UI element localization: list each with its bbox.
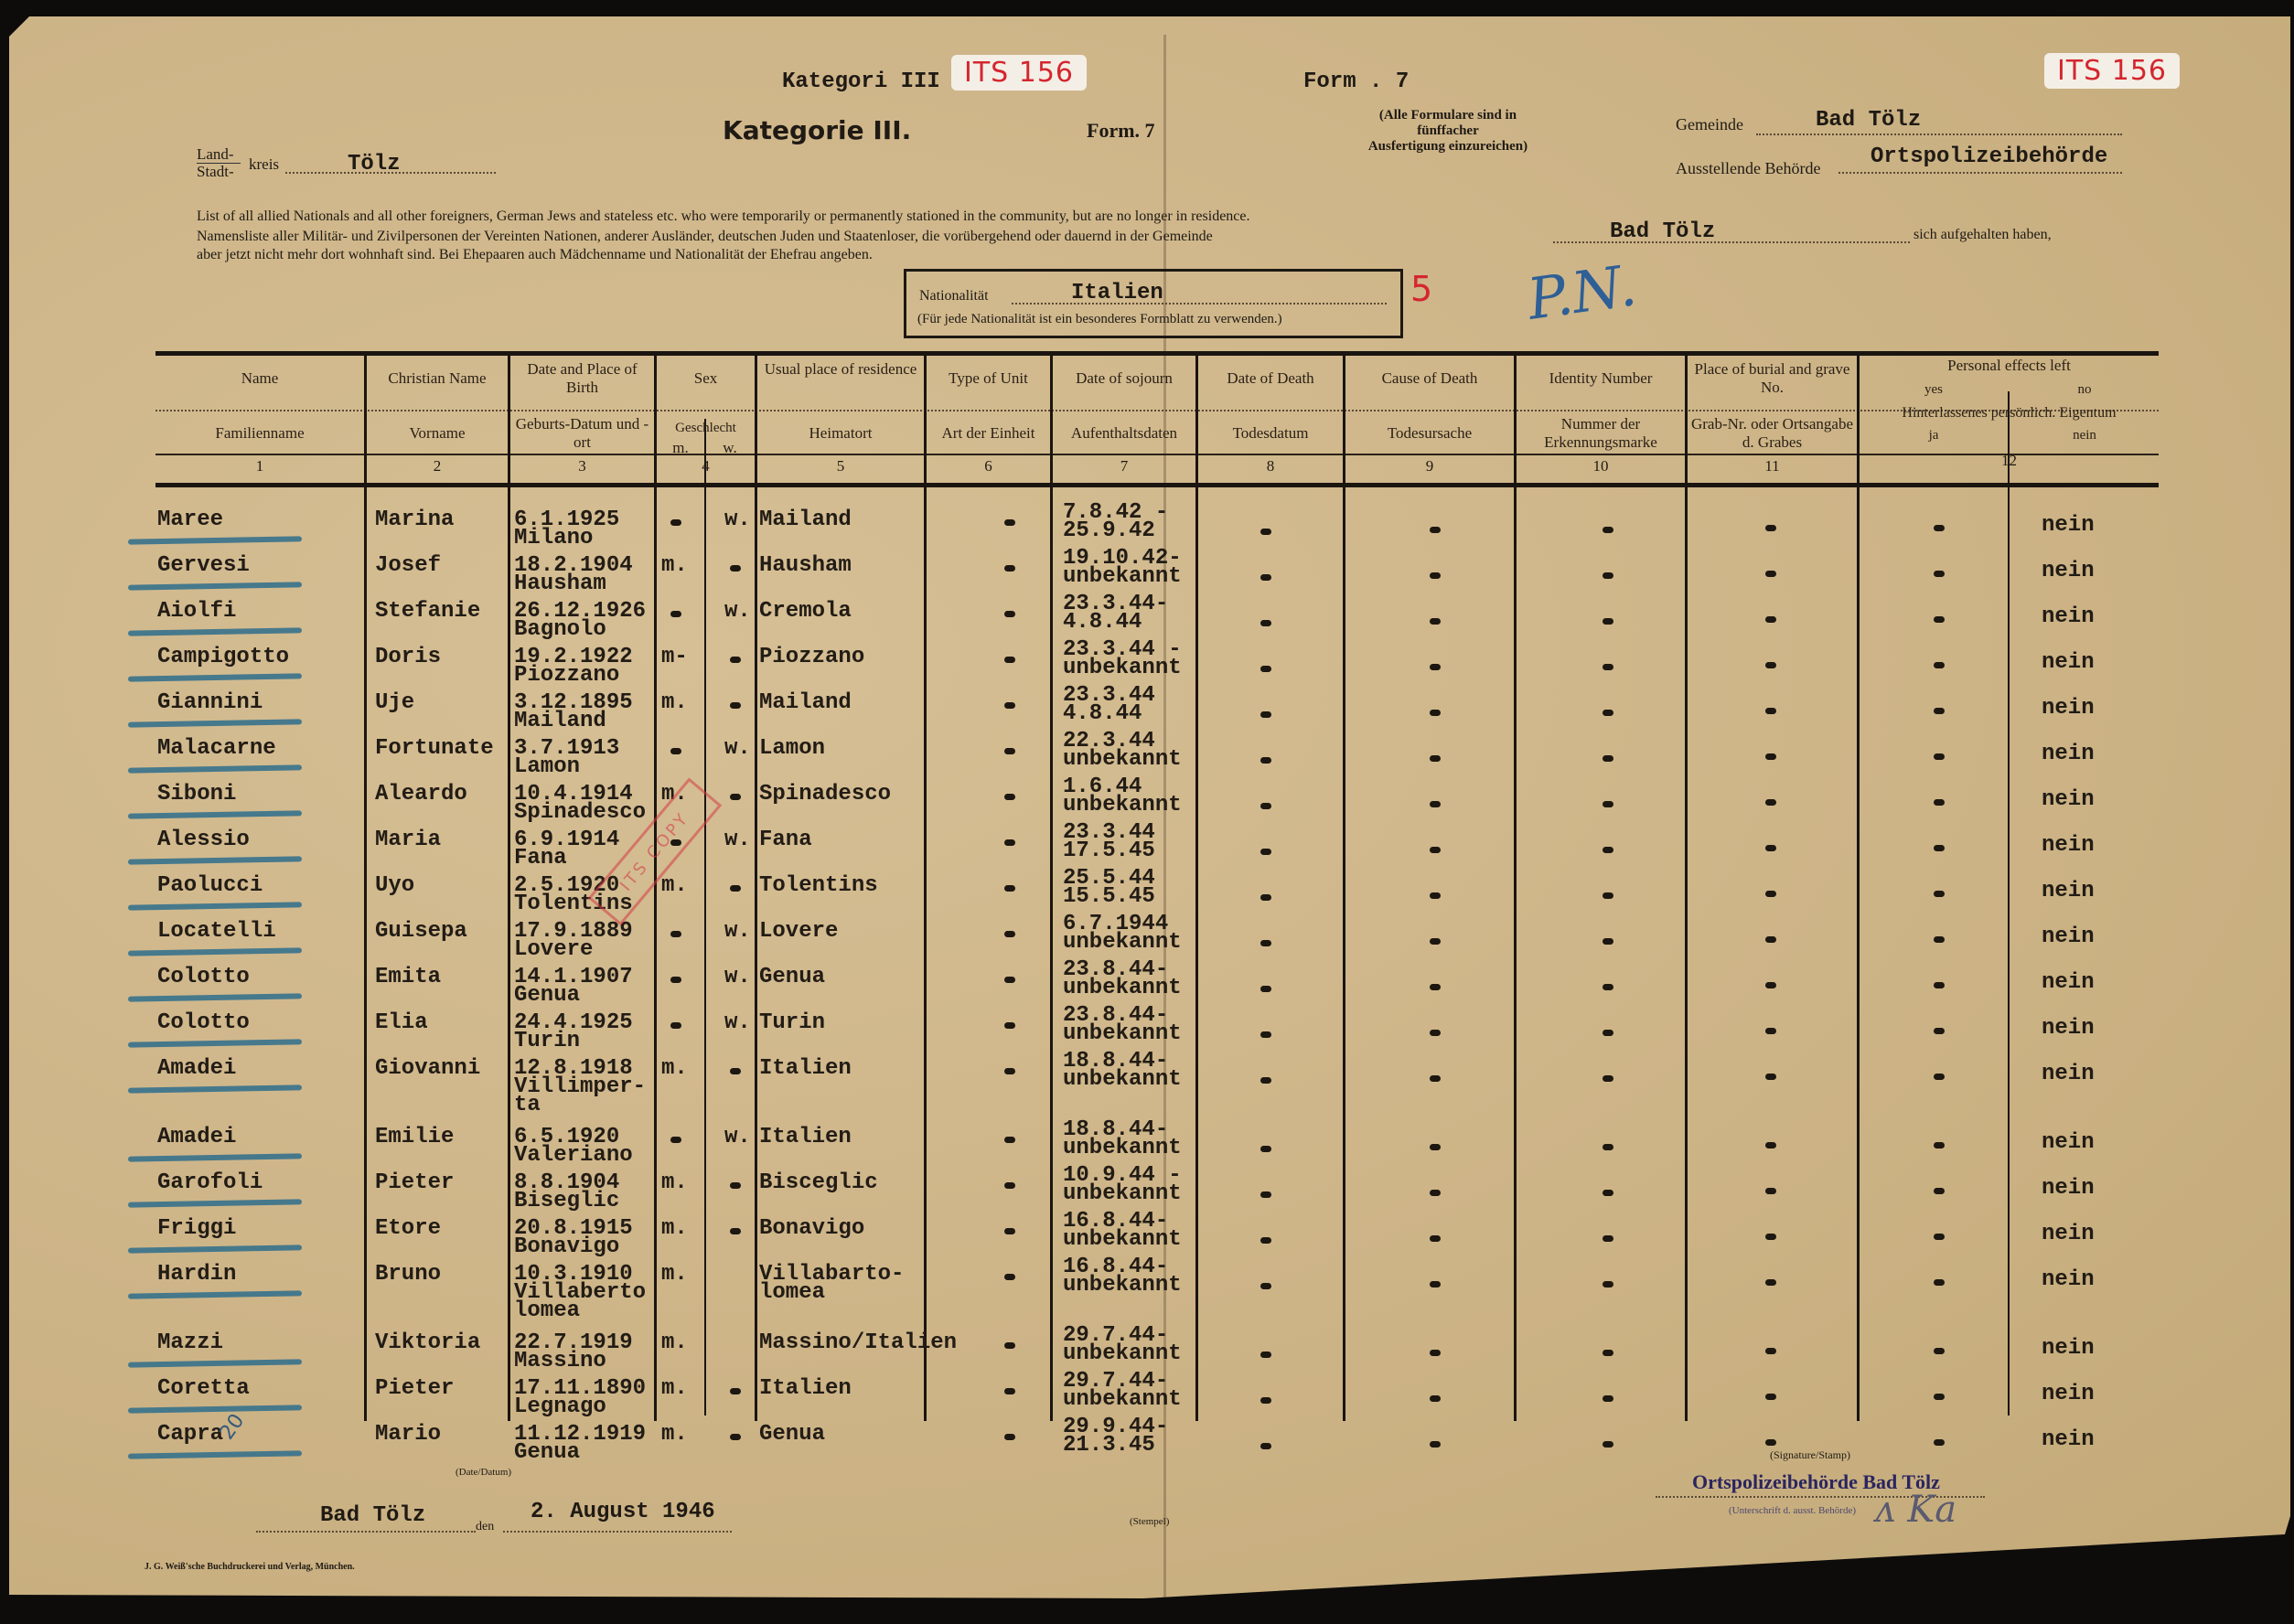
row-id-dash	[1603, 984, 1613, 990]
row-residence: Bisceglic	[759, 1173, 878, 1193]
row-sojourn-to: unbekannt	[1063, 796, 1182, 816]
row-unit-dash	[1004, 1182, 1015, 1189]
row-sojourn-to: unbekannt	[1063, 933, 1182, 953]
row-sex-m: m.	[661, 876, 688, 896]
row-residence: Italien	[759, 1379, 852, 1399]
row-burial-dash	[1765, 936, 1776, 943]
signature-caption: (Unterschrift d. ausst. Behörde)	[1729, 1505, 1856, 1516]
row-sex-w-dash	[730, 565, 741, 572]
row-first-name: Guisepa	[375, 922, 467, 942]
row-first-name: Emita	[375, 967, 441, 988]
row-unit-dash	[1004, 657, 1015, 663]
row-death-dash	[1260, 1191, 1271, 1198]
row-sex-w-dash	[730, 657, 741, 663]
row-effects-yes-dash	[1934, 571, 1945, 577]
row-death-dash	[1260, 1443, 1271, 1449]
col-header-effects-ja: ja	[1860, 426, 2008, 444]
nationality-label: Nationalität	[919, 288, 989, 304]
col-header-cause-en: Cause of Death	[1345, 369, 1514, 388]
row-sojourn-to: 4.8.44	[1063, 613, 1142, 633]
row-death-dash	[1260, 894, 1271, 901]
col-divider-sex	[704, 419, 706, 1416]
col-header-burial-de: Grab-Nr. oder Ortsangabe d. Grabes	[1688, 415, 1857, 452]
col-number: 7	[1053, 457, 1195, 475]
row-sojourn-to: unbekannt	[1063, 658, 1182, 678]
col-header-sojourn-de: Aufenthaltsdaten	[1053, 424, 1195, 443]
row-sex-w: w.	[724, 1013, 751, 1033]
row-effects-no: nein	[2042, 1339, 2095, 1359]
row-effects-no: nein	[2042, 881, 2095, 902]
col-header-effects-de: Hinterlassenes persönlich. Eigentum	[1860, 404, 2159, 422]
row-family-name: Campigotto	[157, 647, 289, 668]
row-family-name: Capra	[157, 1425, 223, 1445]
row-sex-w: w.	[724, 922, 751, 942]
row-birth-place: Genua	[514, 1443, 580, 1463]
row-effects-no: nein	[2042, 973, 2095, 993]
row-sojourn-to: 21.3.45	[1063, 1436, 1155, 1456]
row-family-name: Paolucci	[157, 876, 263, 896]
blue-pencil-underline	[128, 1245, 302, 1253]
form-number: Form. 7	[1087, 119, 1155, 143]
row-id-dash	[1603, 1190, 1613, 1196]
row-death-dash	[1260, 757, 1271, 764]
row-id-dash	[1603, 1030, 1613, 1036]
gemeinde-field-line	[1756, 134, 2122, 135]
col-divider	[1685, 351, 1688, 1421]
row-residence: Genua	[759, 1425, 825, 1445]
kreis-value: Tölz	[348, 152, 401, 176]
row-sojourn-to: unbekannt	[1063, 567, 1182, 587]
row-sojourn-to: 25.9.42	[1063, 521, 1155, 541]
row-family-name: Amadei	[157, 1127, 236, 1148]
row-effects-yes-dash	[1934, 1188, 1945, 1194]
document-page: Kategori III ITS 156 Form . 7 ITS 156 Ka…	[9, 16, 2290, 1608]
row-id-dash	[1603, 755, 1613, 762]
stempel-label: (Stempel)	[1130, 1516, 1169, 1527]
row-birth-place: Bonavigo	[514, 1237, 619, 1257]
col-divider	[1343, 351, 1345, 1421]
row-sex-m: m.	[661, 1173, 688, 1193]
blue-pencil-underline	[128, 810, 302, 818]
col-number: 1	[155, 457, 364, 475]
row-residence: Lamon	[759, 739, 825, 759]
row-first-name: Doris	[375, 647, 441, 668]
gemeinde-label: Gemeinde	[1676, 115, 1743, 134]
kategorie-title: Kategorie III.	[723, 115, 911, 145]
row-birth-place: Bagnolo	[514, 620, 606, 640]
row-sex-w: w.	[724, 830, 751, 850]
blue-pencil-underline	[128, 582, 302, 590]
row-burial-dash	[1765, 799, 1776, 806]
land-label: Land-	[197, 146, 241, 164]
col-header-unit-en: Type of Unit	[927, 369, 1050, 388]
col-header-burial-en: Place of burial and grave No.	[1688, 360, 1857, 397]
footer-date: 2. August 1946	[531, 1500, 715, 1524]
row-effects-yes-dash	[1934, 936, 1945, 943]
blue-pencil-underline	[128, 1450, 302, 1458]
row-residence: Tolentins	[759, 876, 878, 896]
row-cause-dash	[1430, 1395, 1441, 1402]
den-label: den	[476, 1520, 494, 1534]
stadt-label: Stadt-	[197, 164, 241, 180]
row-sex-m-dash	[670, 748, 681, 754]
row-sex-m: m.	[661, 556, 688, 576]
col-number: 4	[657, 457, 755, 475]
row-id-dash	[1603, 801, 1613, 807]
row-burial-dash	[1765, 1188, 1776, 1194]
row-first-name: Emilie	[375, 1127, 454, 1148]
copies-note: (Alle Formulare sind in fünffacher Ausfe…	[1352, 108, 1544, 155]
col-divider	[924, 351, 927, 1421]
row-first-name: Elia	[375, 1013, 428, 1033]
col-divider	[364, 351, 367, 1421]
intro-en: List of all allied Nationals and all oth…	[197, 207, 1624, 227]
row-cause-dash	[1430, 1190, 1441, 1196]
row-birth-place: Massino	[514, 1352, 606, 1372]
row-effects-no: nein	[2042, 699, 2095, 719]
blue-pencil-underline	[128, 1405, 302, 1413]
row-death-dash	[1260, 1077, 1271, 1084]
col-header-name-en: Name	[155, 369, 364, 388]
nationality-note: (Für jede Nationalität ist ein besondere…	[917, 312, 1282, 327]
copies-note-line2: Ausfertigung einzureichen)	[1352, 139, 1544, 155]
row-burial-dash	[1765, 525, 1776, 531]
row-cause-dash	[1430, 801, 1441, 807]
row-death-dash	[1260, 1146, 1271, 1152]
handwritten-signature: ᴧ Ka	[1875, 1489, 1956, 1531]
blue-pencil-underline	[128, 627, 302, 636]
row-burial-dash	[1765, 662, 1776, 668]
blue-pencil-underline	[128, 1290, 302, 1298]
row-effects-yes-dash	[1934, 1142, 1945, 1149]
behoerde-field-line	[1838, 172, 2122, 174]
blue-initials: P.N.	[1523, 251, 1640, 333]
row-family-name: Siboni	[157, 785, 236, 805]
row-family-name: Maree	[157, 510, 223, 530]
row-sex-m: m.	[661, 1265, 688, 1285]
row-cause-dash	[1430, 1075, 1441, 1082]
col-divider	[755, 351, 757, 1421]
row-unit-dash	[1004, 748, 1015, 754]
gemeinde-value: Bad Tölz	[1816, 108, 1921, 133]
row-sojourn-to: 17.5.45	[1063, 841, 1155, 861]
row-unit-dash	[1004, 1228, 1015, 1234]
row-id-dash	[1603, 1441, 1613, 1448]
row-sojourn-to: unbekannt	[1063, 1344, 1182, 1364]
row-effects-no: nein	[2042, 1133, 2095, 1153]
row-first-name: Giovanni	[375, 1059, 480, 1079]
row-first-name: Uje	[375, 693, 414, 713]
row-unit-dash	[1004, 1388, 1015, 1394]
row-sex-m: m.	[661, 1219, 688, 1239]
col-header-birth-en: Date and Place of Birth	[510, 360, 654, 397]
row-cause-dash	[1430, 938, 1441, 945]
row-birth-place: Piozzano	[514, 666, 619, 686]
row-sex-m: m.	[661, 693, 688, 713]
row-effects-yes-dash	[1934, 1348, 1945, 1354]
blue-pencil-underline	[128, 1084, 302, 1093]
behoerde-label: Ausstellende Behörde	[1676, 159, 1820, 178]
row-residence: Italien	[759, 1127, 852, 1148]
col-header-name-de: Familienname	[155, 424, 364, 443]
row-effects-no: nein	[2042, 1179, 2095, 1199]
row-residence: Fana	[759, 830, 812, 850]
row-residence: Italien	[759, 1059, 852, 1079]
row-effects-yes-dash	[1934, 662, 1945, 668]
row-id-dash	[1603, 892, 1613, 899]
row-first-name: Marina	[375, 510, 454, 530]
col-header-id-en: Identity Number	[1517, 369, 1685, 388]
row-death-dash	[1260, 711, 1271, 718]
row-unit-dash	[1004, 1068, 1015, 1074]
row-id-dash	[1603, 1075, 1613, 1082]
row-unit-dash	[1004, 1022, 1015, 1029]
row-family-name: Aiolfi	[157, 602, 236, 622]
date-line	[503, 1531, 732, 1533]
row-sojourn-to: 4.8.44	[1063, 704, 1142, 724]
row-sex-w: w.	[724, 602, 751, 622]
row-family-name: Locatelli	[157, 922, 276, 942]
row-birth-place: Lamon	[514, 757, 580, 777]
row-death-dash	[1260, 1031, 1271, 1038]
row-sex-w: w.	[724, 739, 751, 759]
row-effects-no: nein	[2042, 607, 2095, 627]
its-tag-right: ITS 156	[2044, 53, 2180, 89]
row-burial-dash	[1765, 982, 1776, 988]
blue-pencil-underline	[128, 856, 302, 864]
row-birth-place: Hausham	[514, 574, 606, 594]
row-burial-dash	[1765, 1348, 1776, 1354]
intro-place-line	[1553, 241, 1910, 243]
nationality-line	[1012, 303, 1387, 304]
row-effects-yes-dash	[1934, 1028, 1945, 1034]
row-burial-dash	[1765, 1028, 1776, 1034]
intro-de-1: Namensliste aller Militär- und Zivilpers…	[197, 227, 1213, 247]
nationality-value: Italien	[1071, 281, 1163, 305]
form-typed: Form . 7	[1303, 69, 1409, 94]
row-unit-dash	[1004, 611, 1015, 617]
row-burial-dash	[1765, 616, 1776, 623]
col-header-residence-en: Usual place of residence	[757, 360, 924, 379]
row-cause-dash	[1430, 664, 1441, 670]
row-residence: Bonavigo	[759, 1219, 864, 1239]
col-number: 6	[927, 457, 1050, 475]
row-effects-no: nein	[2042, 653, 2095, 673]
row-death-dash	[1260, 1352, 1271, 1358]
row-death-dash	[1260, 1283, 1271, 1289]
row-burial-dash	[1765, 845, 1776, 851]
row-burial-dash	[1765, 708, 1776, 714]
row-sex-m-dash	[670, 1137, 681, 1143]
row-cause-dash	[1430, 1030, 1441, 1036]
col-divider	[654, 351, 657, 1421]
row-first-name: Maria	[375, 830, 441, 850]
row-sojourn-to: unbekannt	[1063, 1138, 1182, 1159]
row-cause-dash	[1430, 1144, 1441, 1150]
row-sex-m-dash	[670, 519, 681, 526]
row-cause-dash	[1430, 527, 1441, 533]
col-divider	[1195, 351, 1198, 1421]
row-effects-yes-dash	[1934, 982, 1945, 988]
row-unit-dash	[1004, 977, 1015, 983]
row-sex-w-dash	[730, 794, 741, 800]
col-number: 2	[367, 457, 508, 475]
col-header-id-de: Nummer der Erkennungsmarke	[1517, 415, 1685, 452]
row-effects-yes-dash	[1934, 1074, 1945, 1080]
row-family-name: Colotto	[157, 967, 250, 988]
row-residence: Mailand	[759, 693, 852, 713]
col-divider	[1050, 351, 1053, 1421]
row-id-dash	[1603, 572, 1613, 579]
blue-pencil-underline	[128, 673, 302, 681]
row-cause-dash	[1430, 1281, 1441, 1287]
row-unit-dash	[1004, 839, 1015, 846]
row-id-dash	[1603, 1350, 1613, 1356]
row-burial-dash	[1765, 1074, 1776, 1080]
row-sex-m-dash	[670, 977, 681, 983]
row-family-name: Alessio	[157, 830, 250, 850]
col-number: 9	[1345, 457, 1514, 475]
row-unit-dash	[1004, 794, 1015, 800]
col-number: 11	[1688, 457, 1857, 475]
row-sojourn-to: unbekannt	[1063, 1230, 1182, 1250]
row-effects-yes-dash	[1934, 1279, 1945, 1286]
col-number: 12	[1860, 452, 2159, 470]
row-sex-w-dash	[730, 1434, 741, 1440]
row-effects-no: nein	[2042, 1019, 2095, 1039]
row-effects-yes-dash	[1934, 845, 1945, 851]
row-unit-dash	[1004, 565, 1015, 572]
row-first-name: Mario	[375, 1425, 441, 1445]
row-cause-dash	[1430, 1350, 1441, 1356]
row-effects-yes-dash	[1934, 1439, 1945, 1446]
blue-pencil-underline	[128, 947, 302, 956]
row-first-name: Fortunate	[375, 739, 494, 759]
row-death-dash	[1260, 986, 1271, 992]
row-residence: Lovere	[759, 922, 838, 942]
row-id-dash	[1603, 938, 1613, 945]
row-family-name: Malacarne	[157, 739, 276, 759]
copies-note-line1: (Alle Formulare sind in fünffacher	[1352, 108, 1544, 139]
row-first-name: Josef	[375, 556, 441, 576]
row-effects-yes-dash	[1934, 1234, 1945, 1240]
row-effects-no: nein	[2042, 790, 2095, 810]
row-effects-no: nein	[2042, 836, 2095, 856]
row-residence-cont: lomea	[759, 1283, 825, 1303]
row-cause-dash	[1430, 710, 1441, 716]
kategori-typed: Kategori III	[782, 69, 940, 94]
row-id-dash	[1603, 847, 1613, 853]
col-header-effects-no: no	[2010, 380, 2159, 399]
row-residence: Spinadesco	[759, 785, 891, 805]
row-sex-w-dash	[730, 1182, 741, 1189]
date-label: (Date/Datum)	[456, 1467, 511, 1478]
row-effects-no: nein	[2042, 927, 2095, 947]
col-header-sojourn-en: Date of sojourn	[1053, 369, 1195, 388]
row-birth-place: Fana	[514, 849, 567, 869]
nationality-box: Nationalität Italien (Für jede Nationali…	[904, 269, 1403, 338]
blue-pencil-underline	[128, 1359, 302, 1367]
row-sojourn-to: unbekannt	[1063, 750, 1182, 770]
row-family-name: Giannini	[157, 693, 263, 713]
col-header-death-de: Todesdatum	[1198, 424, 1343, 443]
row-sojourn-to: unbekannt	[1063, 1070, 1182, 1090]
row-effects-no: nein	[2042, 1384, 2095, 1405]
col-header-residence-de: Heimatort	[757, 424, 924, 443]
row-first-name: Bruno	[375, 1265, 441, 1285]
col-number: 3	[510, 457, 654, 475]
row-sex-m: m-	[661, 647, 688, 668]
row-residence: Piozzano	[759, 647, 864, 668]
row-family-name: Coretta	[157, 1379, 250, 1399]
intro-de-3: aber jetzt nicht mehr dort wohnhaft sind…	[197, 247, 873, 263]
row-death-dash	[1260, 1397, 1271, 1404]
row-unit-dash	[1004, 702, 1015, 709]
row-death-dash	[1260, 574, 1271, 581]
row-birth-place: Mailand	[514, 711, 606, 732]
row-cause-dash	[1430, 1235, 1441, 1242]
row-family-name: Mazzi	[157, 1333, 223, 1353]
row-effects-no: nein	[2042, 516, 2095, 536]
land-stadt-label: Land- Stadt-	[197, 146, 241, 180]
blue-pencil-underline	[128, 719, 302, 727]
row-first-name: Pieter	[375, 1379, 454, 1399]
row-sex-m: m.	[661, 1379, 688, 1399]
row-effects-no: nein	[2042, 561, 2095, 582]
col-header-first-de: Vorname	[367, 424, 508, 443]
row-death-dash	[1260, 803, 1271, 809]
row-sex-w-dash	[730, 885, 741, 892]
row-death-dash	[1260, 849, 1271, 855]
col-header-sex-en: Sex	[657, 369, 755, 388]
row-id-dash	[1603, 618, 1613, 625]
row-id-dash	[1603, 1395, 1613, 1402]
row-residence: Genua	[759, 967, 825, 988]
blue-pencil-underline	[128, 536, 302, 544]
row-residence: Cremola	[759, 602, 852, 622]
col-header-effects-en: Personal effects left	[1860, 357, 2159, 375]
col-header-birth-de: Geburts-Datum und -ort	[510, 415, 654, 452]
row-effects-no: nein	[2042, 1270, 2095, 1290]
row-sex-m-dash	[670, 931, 681, 937]
row-family-name: Friggi	[157, 1219, 236, 1239]
col-number: 8	[1198, 457, 1343, 475]
row-sex-w: w.	[724, 510, 751, 530]
row-birth-place: Genua	[514, 986, 580, 1006]
row-burial-dash	[1765, 1234, 1776, 1240]
row-burial-dash	[1765, 1279, 1776, 1286]
col-header-death-en: Date of Death	[1198, 369, 1343, 388]
row-id-dash	[1603, 1235, 1613, 1242]
red-number-mark: 5	[1410, 269, 1432, 309]
row-sex-m: m.	[661, 1425, 688, 1445]
row-residence: Mailand	[759, 510, 852, 530]
row-unit-dash	[1004, 1342, 1015, 1349]
col-header-unit-de: Art der Einheit	[927, 424, 1050, 443]
blue-pencil-underline	[128, 1153, 302, 1161]
row-effects-no: nein	[2042, 1430, 2095, 1450]
row-sex-w: w.	[724, 1127, 751, 1148]
row-burial-dash	[1765, 1394, 1776, 1400]
row-effects-yes-dash	[1934, 1394, 1945, 1400]
its-tag-left: ITS 156	[951, 55, 1087, 91]
col-divider	[508, 351, 510, 1421]
row-id-dash	[1603, 1144, 1613, 1150]
col-header-sex-de: Geschlecht	[657, 419, 755, 437]
row-sojourn-to: unbekannt	[1063, 978, 1182, 999]
row-death-dash	[1260, 1237, 1271, 1244]
row-effects-yes-dash	[1934, 616, 1945, 623]
